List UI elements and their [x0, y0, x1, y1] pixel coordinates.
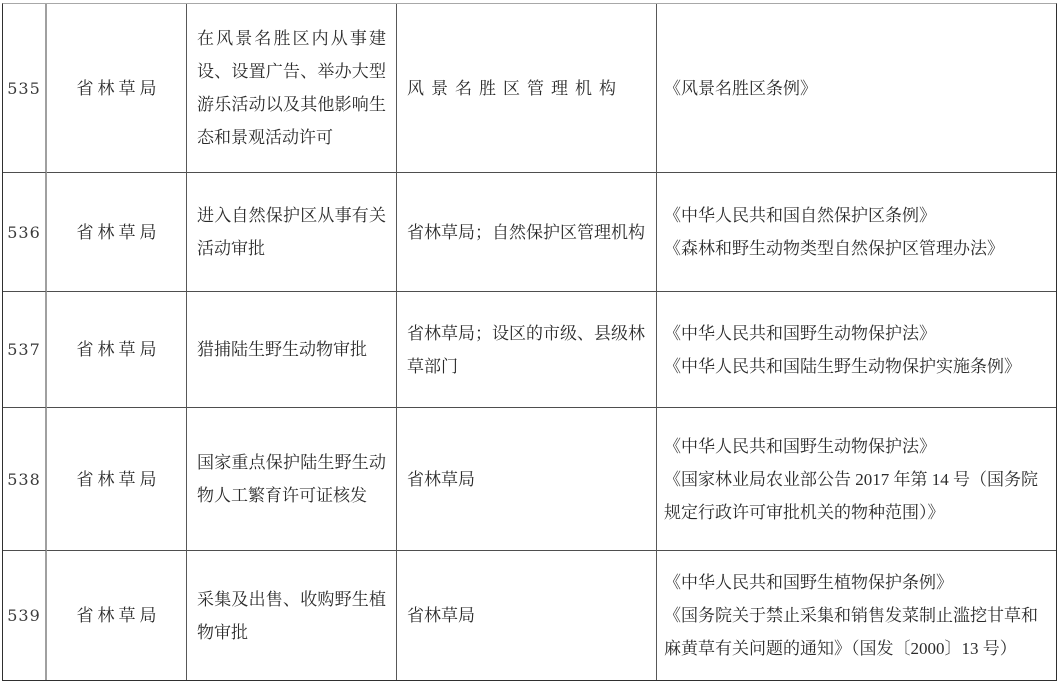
table-row-539-number-cell: 539 — [3, 551, 47, 680]
legal-basis-line: 《中华人民共和国野生植物保护条例》 — [664, 566, 1050, 599]
legal-basis-line: 《中华人民共和国陆生野生动物保护实施条例》 — [664, 350, 1050, 383]
table-row-539-agency-cell: 省林草局 — [397, 551, 657, 680]
table-row-538-legal-cell: 《中华人民共和国野生动物保护法》 《国家林业局农业部公告 2017 年第 14 … — [657, 408, 1056, 551]
department-label: 省林草局 — [73, 72, 161, 105]
agency-name: 省林草局 — [407, 463, 646, 496]
table-row-539-department-cell: 省林草局 — [47, 551, 187, 680]
row-number: 539 — [7, 599, 41, 632]
table-row-535-legal-cell: 《风景名胜区条例》 — [657, 4, 1056, 173]
table-row-539-legal-cell: 《中华人民共和国野生植物保护条例》 《国务院关于禁止采集和销售发菜制止滥挖甘草和… — [657, 551, 1056, 680]
row-number: 535 — [7, 72, 41, 105]
department-label: 省林草局 — [73, 216, 161, 249]
table-row-538-department-cell: 省林草局 — [47, 408, 187, 551]
table-row-535-agency-cell: 风景名胜区管理机构 — [397, 4, 657, 173]
row-number: 538 — [7, 463, 41, 496]
item-name: 猎捕陆生野生动物审批 — [197, 333, 386, 366]
permits-table: 535 省林草局 在风景名胜区内从事建设、设置广告、举办大型游乐活动以及其他影响… — [2, 3, 1057, 681]
table-row-536-legal-cell: 《中华人民共和国自然保护区条例》 《森林和野生动物类型自然保护区管理办法》 — [657, 173, 1056, 292]
legal-basis-line: 《国务院关于禁止采集和销售发菜制止滥挖甘草和麻黄草有关问题的通知》（国发〔200… — [664, 599, 1050, 665]
department-label: 省林草局 — [73, 599, 161, 632]
item-name: 国家重点保护陆生野生动物人工繁育许可证核发 — [197, 446, 386, 512]
legal-basis-line: 《中华人民共和国野生动物保护法》 — [664, 317, 1050, 350]
table-row-538-agency-cell: 省林草局 — [397, 408, 657, 551]
table-row-536-agency-cell: 省林草局；自然保护区管理机构 — [397, 173, 657, 292]
department-label: 省林草局 — [73, 463, 161, 496]
table-row-535-department-cell: 省林草局 — [47, 4, 187, 173]
table-row-538-item-cell: 国家重点保护陆生野生动物人工繁育许可证核发 — [187, 408, 397, 551]
table-row-536-item-cell: 进入自然保护区从事有关活动审批 — [187, 173, 397, 292]
agency-name: 省林草局 — [407, 599, 646, 632]
table-row-537-legal-cell: 《中华人民共和国野生动物保护法》 《中华人民共和国陆生野生动物保护实施条例》 — [657, 292, 1056, 408]
legal-basis-line: 《风景名胜区条例》 — [664, 72, 1050, 105]
table-row-537-department-cell: 省林草局 — [47, 292, 187, 408]
item-name: 进入自然保护区从事有关活动审批 — [197, 199, 386, 265]
table-row-536-department-cell: 省林草局 — [47, 173, 187, 292]
department-label: 省林草局 — [73, 333, 161, 366]
table-row-537-agency-cell: 省林草局；设区的市级、县级林草部门 — [397, 292, 657, 408]
agency-name: 风景名胜区管理机构 — [407, 72, 646, 105]
agency-name: 省林草局；自然保护区管理机构 — [407, 216, 646, 249]
table-row-539-item-cell: 采集及出售、收购野生植物审批 — [187, 551, 397, 680]
item-name: 采集及出售、收购野生植物审批 — [197, 583, 386, 649]
legal-basis-line: 《中华人民共和国野生动物保护法》 — [664, 430, 1050, 463]
table-row-537-item-cell: 猎捕陆生野生动物审批 — [187, 292, 397, 408]
legal-basis-line: 《森林和野生动物类型自然保护区管理办法》 — [664, 232, 1050, 265]
legal-basis-line: 《中华人民共和国自然保护区条例》 — [664, 199, 1050, 232]
agency-name: 省林草局；设区的市级、县级林草部门 — [407, 317, 646, 383]
table-row-535-number-cell: 535 — [3, 4, 47, 173]
table-row-535-item-cell: 在风景名胜区内从事建设、设置广告、举办大型游乐活动以及其他影响生态和景观活动许可 — [187, 4, 397, 173]
legal-basis-line: 《国家林业局农业部公告 2017 年第 14 号（国务院规定行政许可审批机关的物… — [664, 463, 1050, 529]
row-number: 536 — [7, 216, 41, 249]
table-row-536-number-cell: 536 — [3, 173, 47, 292]
item-name: 在风景名胜区内从事建设、设置广告、举办大型游乐活动以及其他影响生态和景观活动许可 — [197, 22, 386, 154]
table-row-538-number-cell: 538 — [3, 408, 47, 551]
table-row-537-number-cell: 537 — [3, 292, 47, 408]
row-number: 537 — [7, 333, 41, 366]
